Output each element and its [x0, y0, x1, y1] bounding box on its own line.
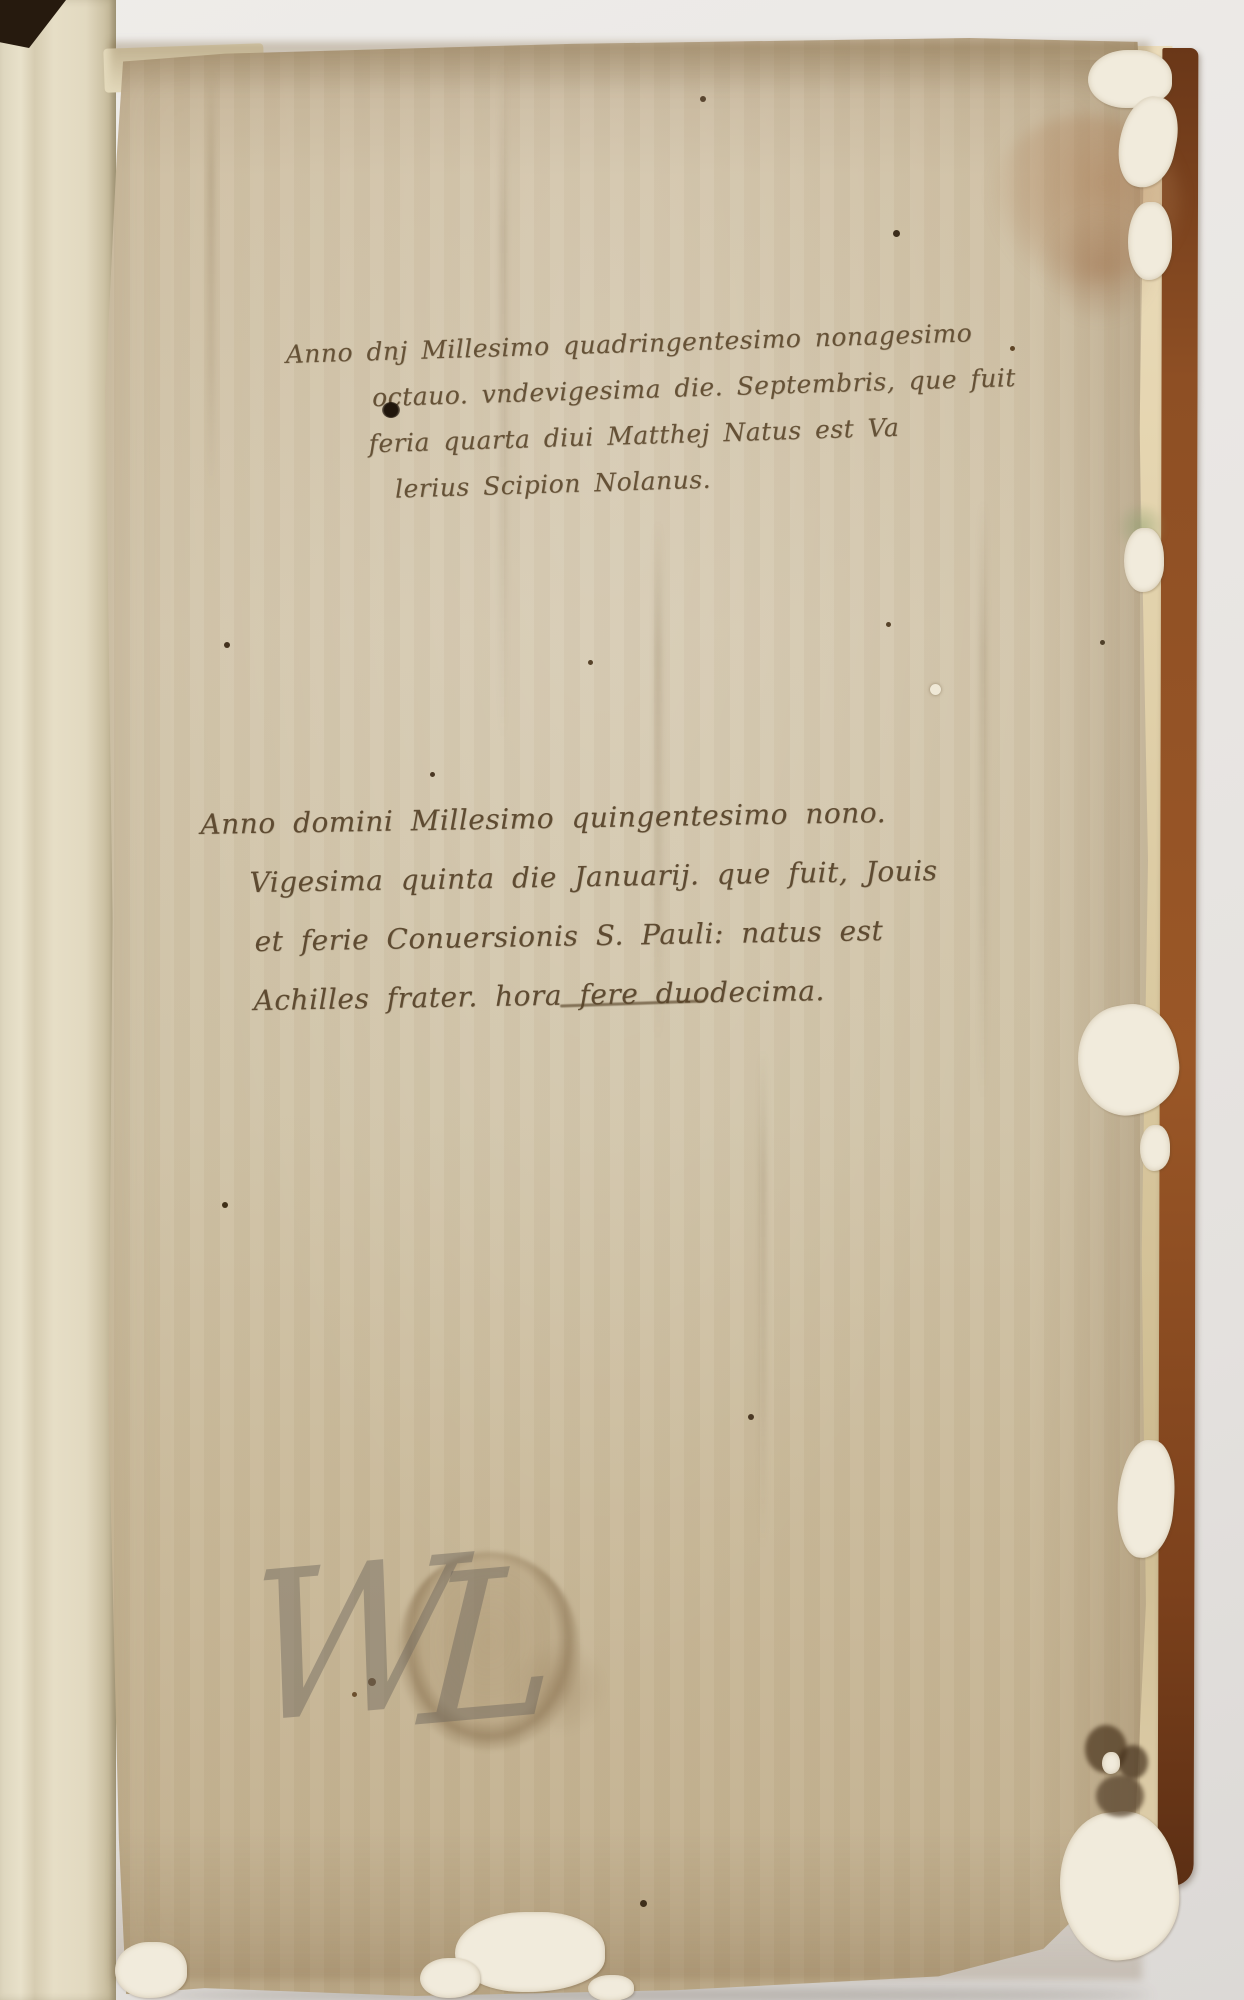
speck-white [930, 684, 941, 695]
inscription-line: Achilles frater. hora fere duodecima. [253, 959, 940, 1030]
speck [430, 772, 435, 777]
paper-chip [1102, 1752, 1120, 1774]
paper-chip [115, 1942, 187, 1998]
speck [224, 642, 230, 648]
paper-chip [1124, 528, 1164, 592]
paper-chip [1128, 202, 1172, 280]
paper-chip [588, 1975, 634, 2000]
paper-chip [1140, 1125, 1170, 1171]
crease-line [208, 70, 214, 490]
speck [1100, 640, 1105, 645]
stain-dark [1118, 1745, 1148, 1779]
facing-flyleaf-page [0, 0, 116, 2000]
speck [640, 1900, 647, 1907]
speck [588, 660, 593, 665]
stain-right-shade [1030, 60, 1140, 1900]
monogram-letter: L [416, 1539, 562, 1758]
speck [700, 96, 706, 102]
stain-dark [1096, 1775, 1144, 1817]
inscription-1509: Anno domini Millesimo quingentesimo nono… [200, 782, 940, 1031]
crease-line [980, 500, 986, 1100]
inscription-line: et ferie Conuersionis S. Pauli: natus es… [254, 900, 939, 971]
speck [748, 1414, 754, 1420]
speck [893, 230, 900, 237]
pencil-monogram: W L [240, 1521, 563, 1773]
book-photo: Anno dnj Millesimo quadringentesimo nona… [0, 0, 1244, 2000]
crease-line [760, 1050, 766, 1550]
stain-bottom-band [112, 1830, 1142, 1980]
leather-board-edge [1158, 48, 1199, 1886]
paper-chip [420, 1958, 480, 1998]
speck [886, 622, 891, 627]
ink-blot [382, 402, 400, 418]
stain-top-band [110, 42, 1150, 94]
speck [222, 1202, 228, 1208]
